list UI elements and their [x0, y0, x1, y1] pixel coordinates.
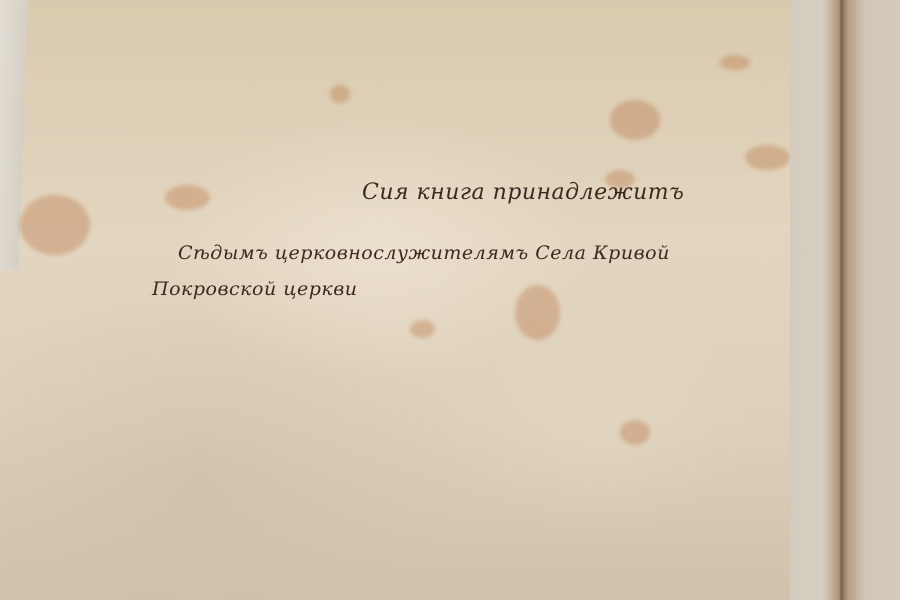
aged-paper-page: Сия книга принадлежитъ Сѣдымъ церковносл… [0, 0, 900, 600]
inscription-line-1: Сия книга принадлежитъ [362, 180, 684, 205]
foxing-stain [745, 145, 790, 170]
foxing-stain [515, 285, 560, 340]
book-gutter [790, 0, 900, 600]
foxing-stain [20, 195, 90, 255]
foxing-stain [330, 85, 350, 103]
foxing-stain [165, 185, 210, 210]
inscription-line-2: Сѣдымъ церковнослужителямъ Села Кривой [178, 242, 670, 264]
foxing-stain [610, 100, 660, 140]
foxing-stain [720, 55, 750, 70]
inscription-line-3: Покровской церкви [152, 278, 358, 300]
foxing-stain [620, 420, 650, 445]
foxing-stain [410, 320, 435, 338]
binding-crease [840, 0, 843, 600]
